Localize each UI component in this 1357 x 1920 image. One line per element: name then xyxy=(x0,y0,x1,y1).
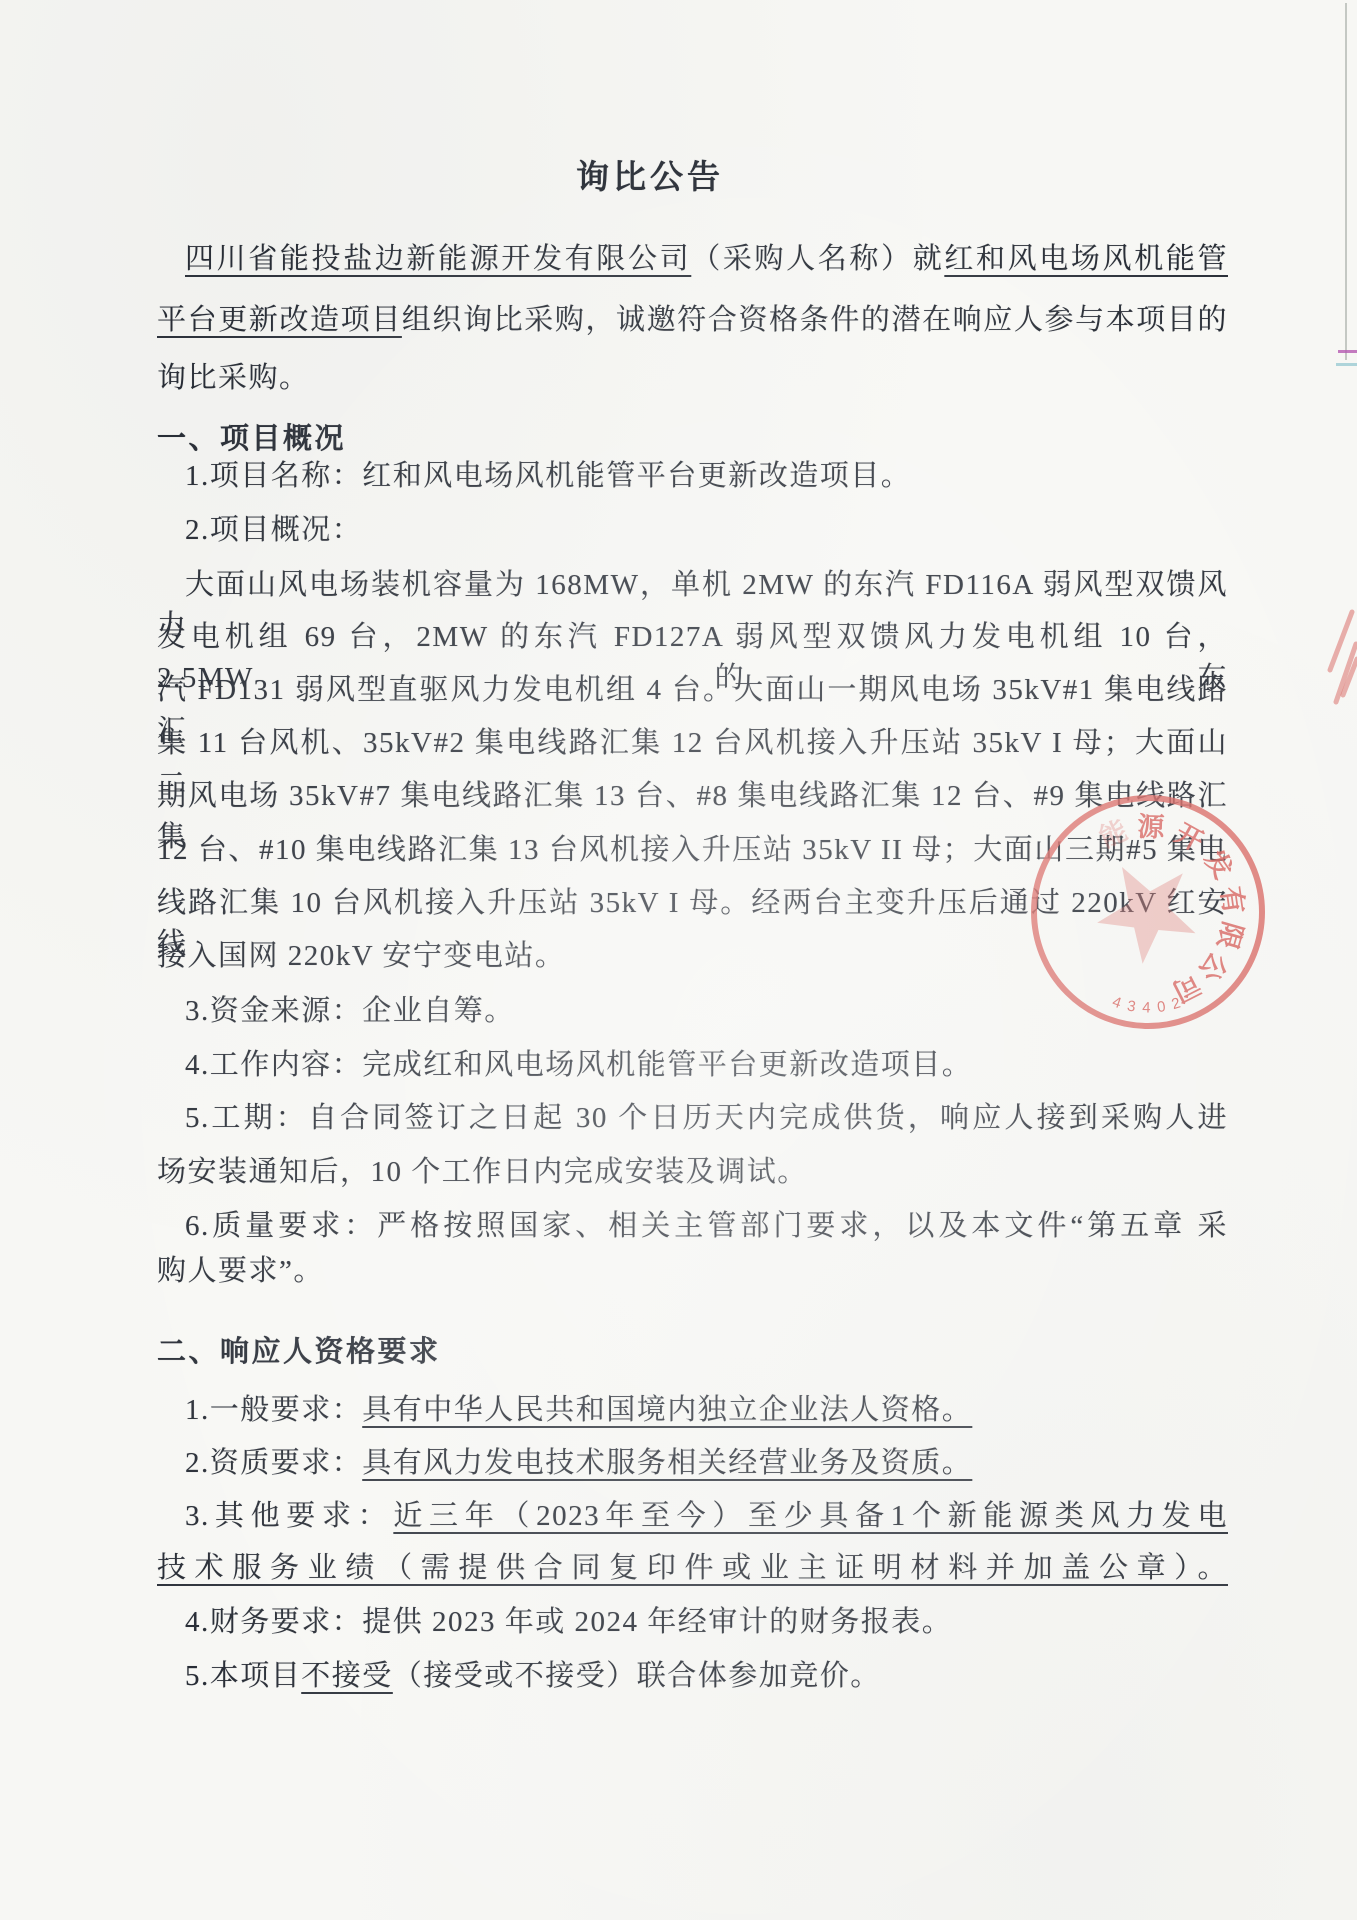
text-segment: 1.项目名称：红和风电场风机能管平台更新改造项目。 xyxy=(185,460,911,492)
text-line: 大面山风电场装机容量为 168MW，单机 2MW 的东汽 FD116A 弱风型双… xyxy=(157,565,1228,606)
text-line: 1.一般要求：具有中华人民共和国境内独立企业法人资格。 xyxy=(185,1390,972,1431)
partial-stamp-stroke xyxy=(1343,659,1357,695)
text-line: 4.工作内容：完成红和风电场风机能管平台更新改造项目。 xyxy=(185,1045,972,1086)
text-line: 4.财务要求：提供 2023 年或 2024 年经审计的财务报表。 xyxy=(185,1602,952,1643)
underlined-text: 技术服务业绩（需提供合同复印件或业主证明材料并加盖公章）。 xyxy=(157,1552,1228,1584)
text-segment: 6.质量要求：严格按照国家、相关主管部门要求，以及本文件“第五章 采 xyxy=(185,1210,1228,1242)
section-heading: 二、响应人资格要求 xyxy=(157,1332,441,1373)
text-segment: 购人要求”。 xyxy=(157,1255,324,1287)
text-line: 5.本项目不接受（接受或不接受）联合体参加竞价。 xyxy=(185,1656,881,1697)
section-heading: 一、项目概况 xyxy=(157,419,346,460)
text-segment: 5.工期：自合同签订之日起 30 个日历天内完成供货，响应人接到采购人进 xyxy=(185,1102,1228,1134)
text-segment: 2.项目概况： xyxy=(185,514,362,546)
text-segment: 3.其他要求： xyxy=(185,1500,393,1532)
text-line: 12 台、#10 集电线路汇集 13 台风机接入升压站 35kV II 母；大面… xyxy=(157,830,1228,871)
seal-code-digit: 4 xyxy=(1110,993,1123,1012)
text-segment: 组织询比采购，诚邀符合资格条件的潜在响应人参与本项目的 xyxy=(402,304,1228,336)
underlined-text: 不接受 xyxy=(301,1660,393,1692)
text-line: 2.项目概况： xyxy=(185,510,362,551)
text-line: 2.资质要求：具有风力发电技术服务相关经营业务及资质。 xyxy=(185,1443,972,1484)
seal-ring-character: 司 xyxy=(1168,968,1206,1007)
text-segment: 一、项目概况 xyxy=(157,423,346,455)
scan-edge-line xyxy=(1345,3,1347,360)
text-segment: 1.一般要求： xyxy=(185,1394,362,1426)
scanned-document-page: 询比公告 四川省能投盐边新能源开发有限公司（采购人名称）就红和风电场风机能管平台… xyxy=(0,0,1357,1920)
scan-magenta-tick xyxy=(1338,350,1357,353)
text-line: 四川省能投盐边新能源开发有限公司（采购人名称）就红和风电场风机能管 xyxy=(157,239,1228,280)
text-line: 场安装通知后，10 个工作日内完成安装及调试。 xyxy=(157,1152,808,1193)
text-line: 3.资金来源：企业自筹。 xyxy=(185,991,515,1032)
underlined-text: 平台更新改造项目 xyxy=(157,304,402,336)
text-segment: 5.本项目 xyxy=(185,1660,301,1692)
underlined-text: 近三年（2023年至今）至少具备1个新能源类风力发电 xyxy=(393,1500,1228,1532)
text-segment: 4.工作内容：完成红和风电场风机能管平台更新改造项目。 xyxy=(185,1049,972,1081)
text-line: 询比采购。 xyxy=(157,358,310,399)
text-segment: （接受或不接受）联合体参加竞价。 xyxy=(393,1660,881,1692)
text-line: 集 11 台风机、35kV#2 集电线路汇集 12 台风机接入升压站 35kV … xyxy=(157,723,1228,764)
text-line: 接入国网 220kV 安宁变电站。 xyxy=(157,936,565,977)
text-segment: 12 台、#10 集电线路汇集 13 台风机接入升压站 35kV II 母；大面… xyxy=(157,834,1228,866)
text-line: 6.质量要求：严格按照国家、相关主管部门要求，以及本文件“第五章 采 xyxy=(157,1206,1228,1247)
text-line: 技术服务业绩（需提供合同复印件或业主证明材料并加盖公章）。 xyxy=(157,1548,1228,1589)
text-line: 平台更新改造项目组织询比采购，诚邀符合资格条件的潜在响应人参与本项目的 xyxy=(157,300,1228,341)
seal-code-digit: 0 xyxy=(1156,998,1167,1016)
underlined-text: 具有风力发电技术服务相关经营业务及资质。 xyxy=(362,1447,972,1479)
scan-cyan-tick xyxy=(1336,363,1357,366)
text-segment: 场安装通知后，10 个工作日内完成安装及调试。 xyxy=(157,1156,808,1188)
text-line: 汽 FD131 弱风型直驱风力发电机组 4 台。大面山一期风电场 35kV#1 … xyxy=(157,670,1228,711)
text-segment: 4.财务要求：提供 2023 年或 2024 年经审计的财务报表。 xyxy=(185,1606,952,1638)
text-segment: 接入国网 220kV 安宁变电站。 xyxy=(157,940,565,972)
text-line: 购人要求”。 xyxy=(157,1251,324,1292)
text-line: 线路汇集 10 台风机接入升压站 35kV I 母。经两台主变升压后通过 220… xyxy=(157,883,1228,924)
text-segment: 3.资金来源：企业自筹。 xyxy=(185,995,515,1027)
text-segment: 询比采购。 xyxy=(157,362,310,394)
seal-code-digit: 2 xyxy=(1170,994,1183,1013)
underlined-text: 四川省能投盐边新能源开发有限公司 xyxy=(185,243,691,275)
text-line: 期风电场 35kV#7 集电线路汇集 13 台、#8 集电线路汇集 12 台、#… xyxy=(157,776,1228,817)
text-segment: 2.资质要求： xyxy=(185,1447,362,1479)
text-line: 1.项目名称：红和风电场风机能管平台更新改造项目。 xyxy=(185,456,911,497)
document-title: 询比公告 xyxy=(576,151,724,198)
underlined-text: 红和风电场风机能管 xyxy=(944,243,1228,275)
underlined-text: 具有中华人民共和国境内独立企业法人资格。 xyxy=(362,1394,972,1426)
seal-code-digit: 4 xyxy=(1142,999,1151,1016)
partial-stamp-stroke xyxy=(1336,644,1356,702)
text-segment: 二、响应人资格要求 xyxy=(157,1336,441,1368)
text-line: 发电机组 69 台，2MW 的东汽 FD127A 弱风型双馈风力发电机组 10 … xyxy=(157,617,1228,658)
seal-ring-character: 公 xyxy=(1193,947,1233,987)
text-line: 5.工期：自合同签订之日起 30 个日历天内完成供货，响应人接到采购人进 xyxy=(157,1098,1228,1139)
text-segment: （采购人名称）就 xyxy=(691,243,944,275)
partial-stamp-stroke xyxy=(1330,612,1352,670)
seal-code-digit: 3 xyxy=(1126,997,1137,1015)
text-line: 3.其他要求：近三年（2023年至今）至少具备1个新能源类风力发电 xyxy=(157,1496,1228,1537)
